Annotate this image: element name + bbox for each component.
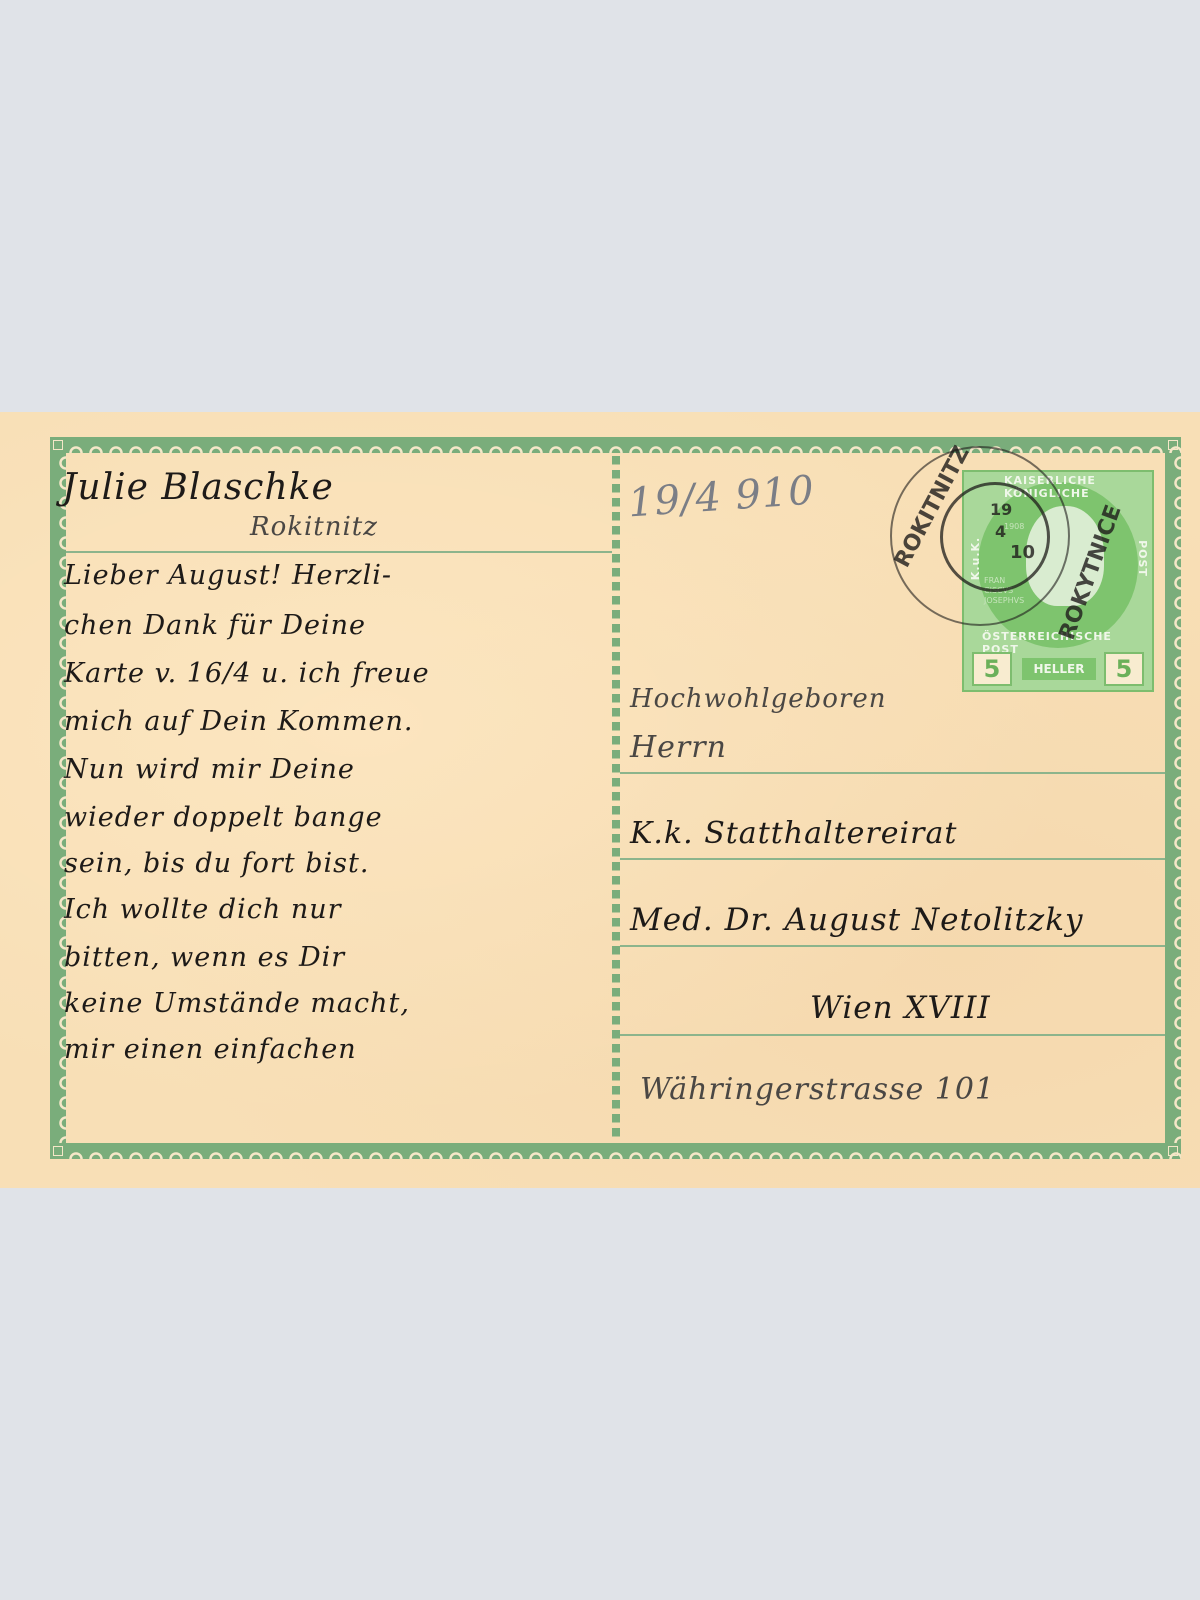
sender-rule	[66, 551, 612, 553]
stamp-ring-right: POST	[1136, 540, 1149, 577]
message-line: Karte v. 16/4 u. ich freue	[64, 658, 430, 689]
address-line: Hochwohlgeboren	[630, 684, 887, 714]
message-line: bitten, wenn es Dir	[64, 942, 345, 973]
address-rule	[620, 858, 1165, 860]
stamp-value-right: 5	[1104, 652, 1144, 686]
message-line: mir einen einfachen	[64, 1034, 357, 1065]
address-line: Herrn	[630, 730, 727, 765]
message-line: Nun wird mir Deine	[64, 754, 355, 785]
message-line: sein, bis du fort bist.	[64, 848, 369, 879]
address-line: Währingerstrasse 101	[640, 1072, 995, 1107]
address-rule	[620, 772, 1165, 774]
postmark-year: 10	[1010, 542, 1035, 563]
message-line: Lieber August! Herzli-	[64, 560, 392, 591]
corner-ornament	[1168, 440, 1178, 450]
message-line: keine Umstände macht,	[64, 988, 410, 1019]
address-line: K.k. Statthaltereirat	[630, 816, 957, 851]
corner-ornament	[53, 440, 63, 450]
message-line: chen Dank für Deine	[64, 610, 366, 641]
dotted-divider	[612, 456, 620, 1140]
message-line: Ich wollte dich nur	[64, 894, 342, 925]
address-rule	[620, 1034, 1165, 1036]
address-rule	[620, 945, 1165, 947]
postmark-day: 19	[990, 500, 1012, 519]
postmark-month: 4	[995, 522, 1006, 541]
stamp-value-left: 5	[972, 652, 1012, 686]
corner-ornament	[1168, 1146, 1178, 1156]
corner-ornament	[53, 1146, 63, 1156]
sender-place: Rokitnitz	[250, 512, 378, 542]
stamp-currency: HELLER	[1022, 658, 1096, 680]
message-line: wieder doppelt bange	[64, 802, 383, 833]
sender-name: Julie Blaschke	[62, 467, 334, 508]
address-line: Med. Dr. August Netolitzky	[630, 902, 1084, 938]
address-line: Wien XVIII	[810, 990, 991, 1026]
message-line: mich auf Dein Kommen.	[64, 706, 413, 737]
